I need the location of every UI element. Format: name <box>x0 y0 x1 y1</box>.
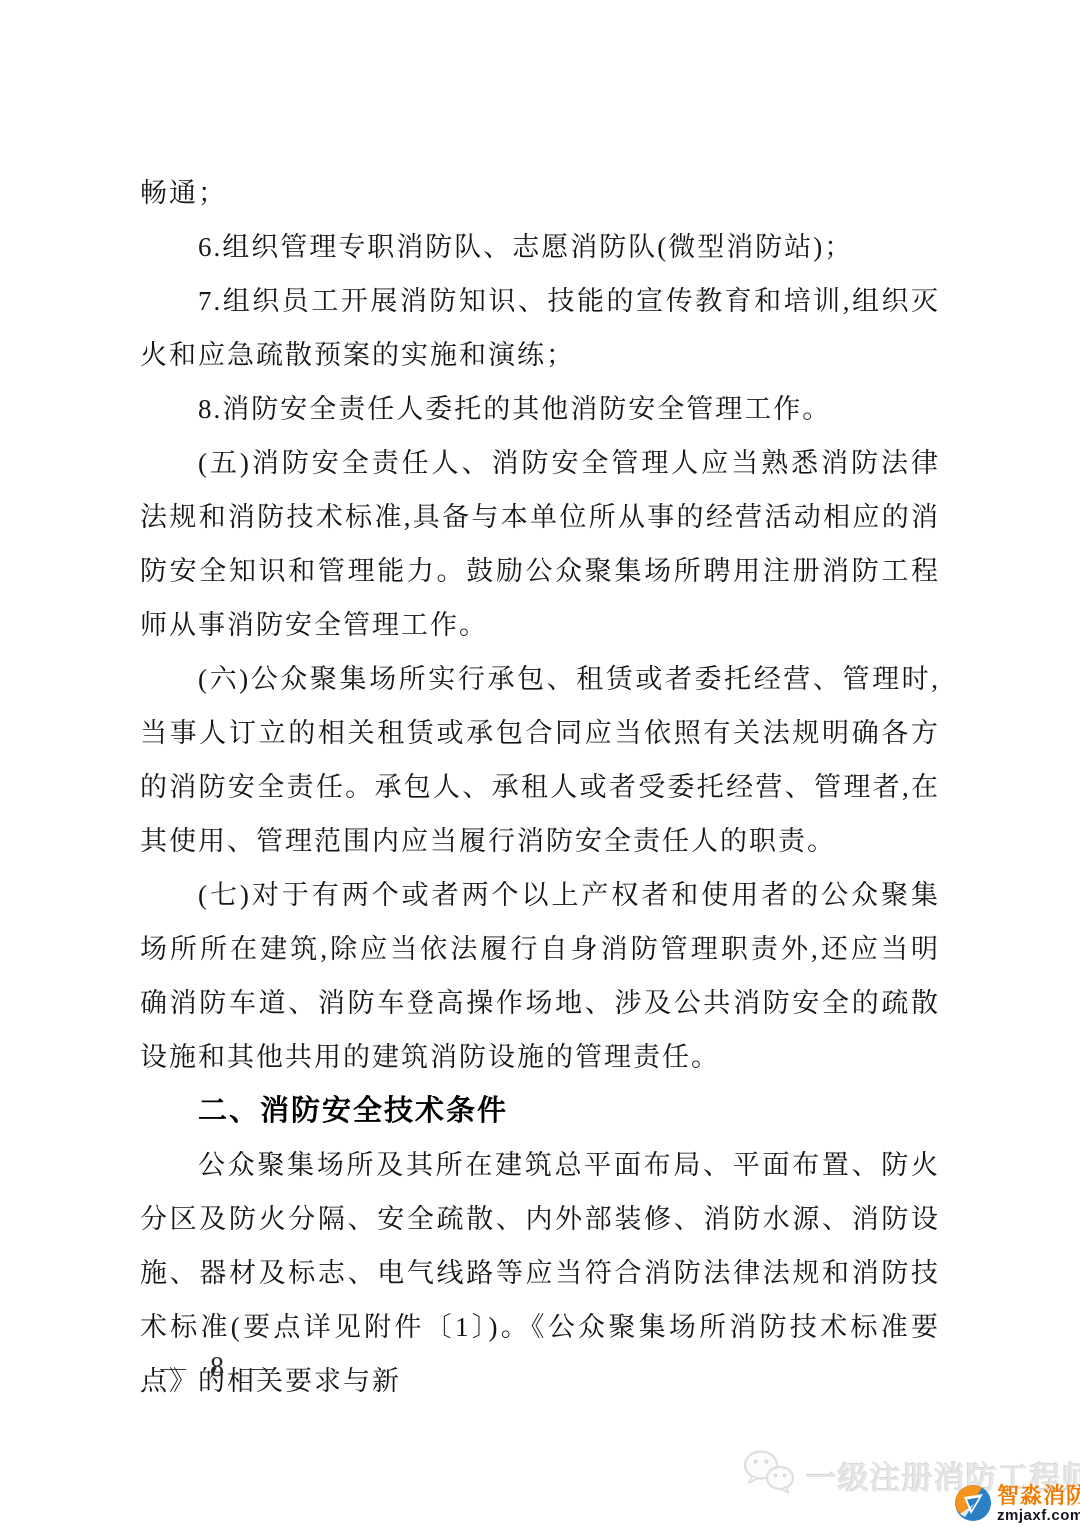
brand-url: zmjaxf.com <box>997 1508 1080 1524</box>
zhimiao-fire-logo-icon <box>954 1484 992 1527</box>
page-number: — 8 — <box>160 1352 274 1384</box>
paragraph: (五)消防安全责任人、消防安全管理人应当熟悉消防法律法规和消防技术标准,具备与本… <box>140 436 940 652</box>
document-body: 畅通；6.组织管理专职消防队、志愿消防队(微型消防站)；7.组织员工开展消防知识… <box>140 166 940 1408</box>
brand-texts: 智淼消防 zmjaxf.com <box>997 1484 1080 1524</box>
brand-name: 智淼消防 <box>997 1484 1080 1508</box>
paragraph: 6.组织管理专职消防队、志愿消防队(微型消防站)； <box>140 220 940 274</box>
page-number-right-dash: — <box>248 1356 274 1380</box>
section-heading: 二、消防安全技术条件 <box>140 1084 940 1138</box>
zhimiao-logo: 智淼消防 zmjaxf.com <box>954 1484 1080 1527</box>
page-number-value: 8 <box>210 1352 224 1384</box>
paragraph: 畅通； <box>140 166 940 220</box>
paragraph: 7.组织员工开展消防知识、技能的宣传教育和培训,组织灭火和应急疏散预案的实施和演… <box>140 274 940 382</box>
paragraph: (七)对于有两个或者两个以上产权者和使用者的公众聚集场所所在建筑,除应当依法履行… <box>140 868 940 1084</box>
document-page: 畅通；6.组织管理专职消防队、志愿消防队(微型消防站)；7.组织员工开展消防知识… <box>0 0 1080 1527</box>
page-number-left-dash: — <box>160 1356 186 1380</box>
paragraph: (六)公众聚集场所实行承包、租赁或者委托经营、管理时,当事人订立的相关租赁或承包… <box>140 652 940 868</box>
wechat-icon <box>742 1448 798 1503</box>
paragraph: 8.消防安全责任人委托的其他消防安全管理工作。 <box>140 382 940 436</box>
